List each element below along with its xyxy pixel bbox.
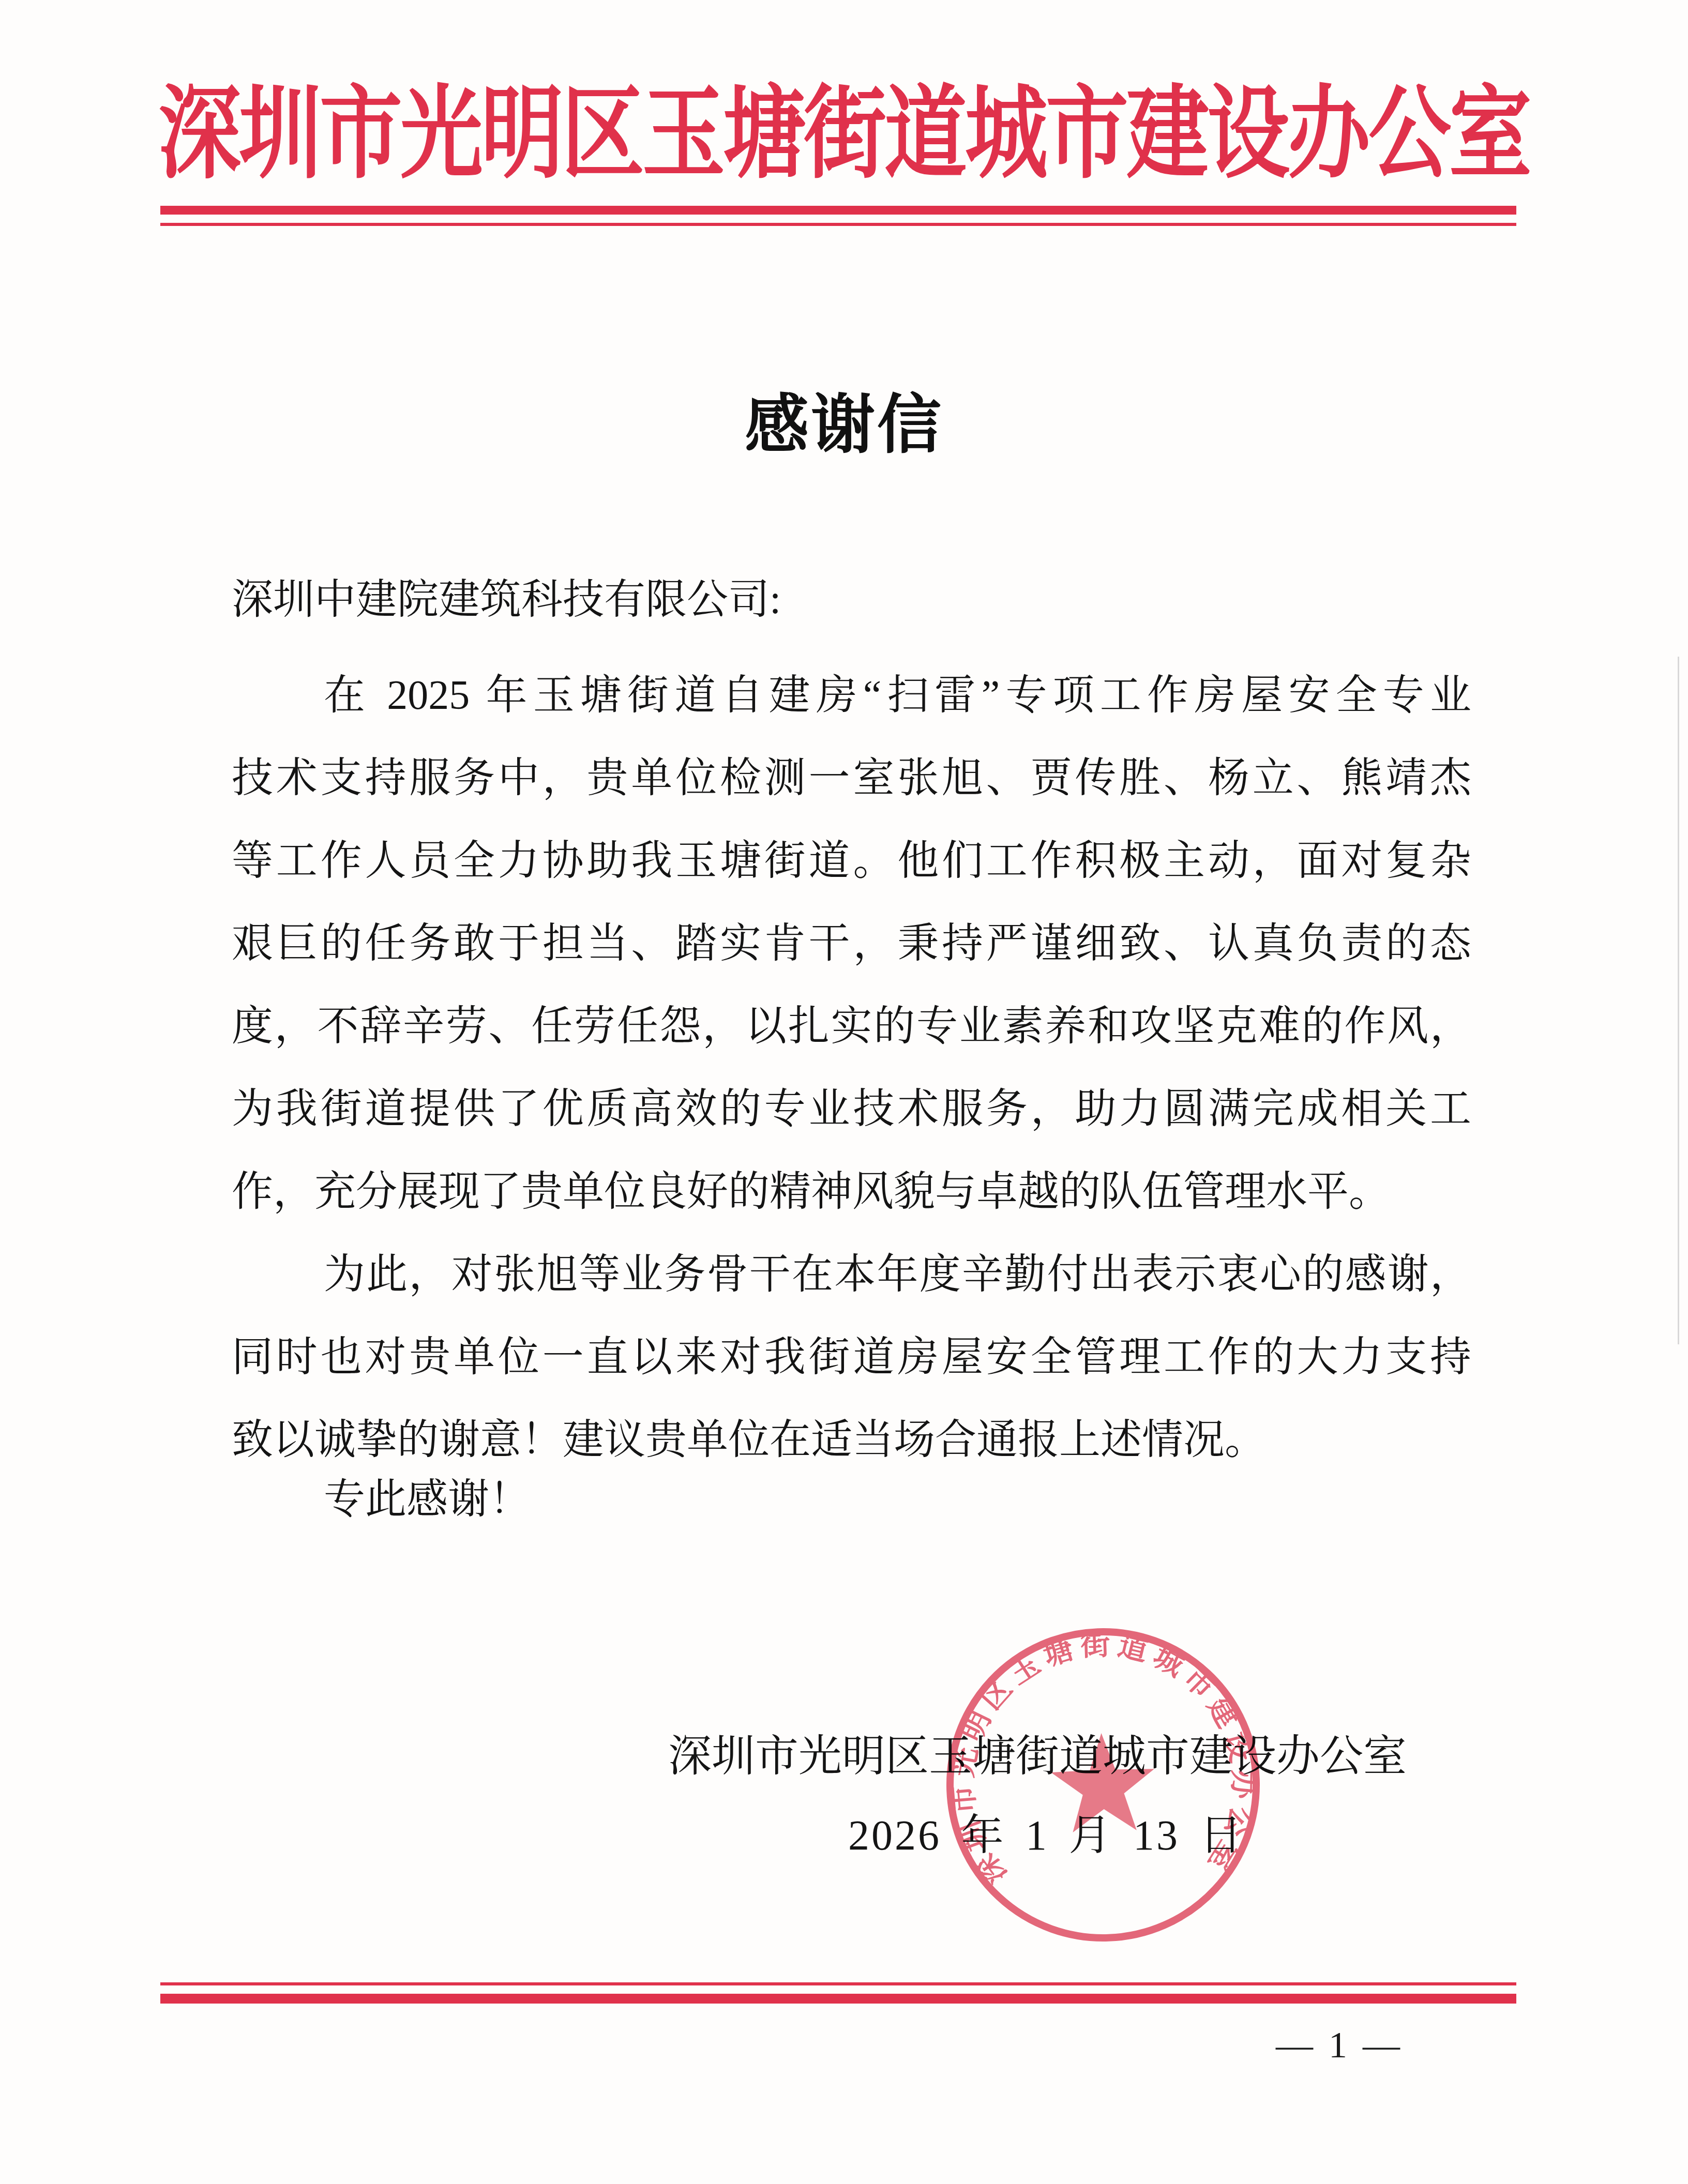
footer-rule-thin [160,1982,1516,1985]
body-line: 同时也对贵单位一直以来对我街道房屋安全管理工作的大力支持 [232,1316,1471,1399]
scan-artifact [1678,657,1679,1344]
letterhead-rule-thick [160,206,1516,215]
letterhead-rule-thin [160,223,1516,226]
star-icon [1050,1732,1156,1833]
body-line: 等工作人员全力协助我玉塘街道。他们工作积极主动，面对复杂 [232,820,1471,902]
official-seal-icon: 深圳市光明区玉塘街道城市建设办公室 [932,1614,1274,1956]
body-line: 在 2025 年玉塘街道自建房“扫雷”专项工作房屋安全专业 [232,654,1471,737]
letterhead-org-title: 深圳市光明区玉塘街道城市建设办公室 [158,71,1530,198]
body-line: 为我街道提供了优质高效的专业技术服务，助力圆满完成相关工 [232,1068,1471,1150]
body-line: 作，充分展现了贵单位良好的精神风貌与卓越的队伍管理水平。 [232,1150,1471,1233]
letterhead: 深圳市光明区玉塘街道城市建设办公室 [0,83,1688,186]
body-line: 度，不辞辛劳、任劳任怨，以扎实的专业素养和攻坚克难的作风， [232,985,1471,1068]
closing-line: 专此感谢！ [232,1458,1471,1541]
footer-rule-thick [160,1994,1516,2004]
letter-page: 深圳市光明区玉塘街道城市建设办公室 感谢信 深圳中建院建筑科技有限公司: 在 2… [0,0,1688,2184]
page-number: — 1 — [1231,2009,1448,2081]
salutation: 深圳中建院建筑科技有限公司: [232,558,1471,641]
body-line: 为此，对张旭等业务骨干在本年度辛勤付出表示衷心的感谢， [232,1233,1471,1316]
body-line: 技术支持服务中，贵单位检测一室张旭、贾传胜、杨立、熊靖杰 [232,737,1471,820]
letter-title: 感谢信 [0,387,1688,464]
official-seal: 深圳市光明区玉塘街道城市建设办公室 [932,1614,1274,1956]
body-line: 艰巨的任务敢于担当、踏实肯干，秉持严谨细致、认真负责的态 [232,902,1471,985]
